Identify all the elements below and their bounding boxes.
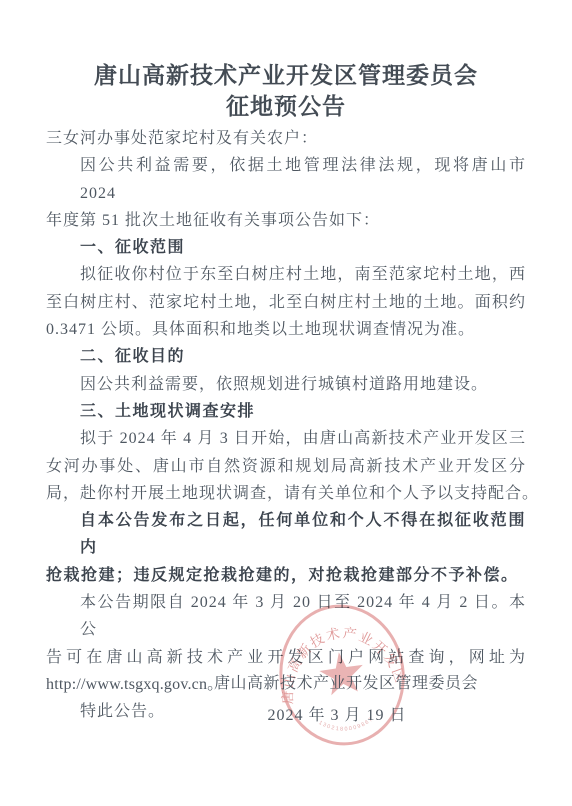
- body-line: 因公共利益需要，依据土地管理法律法规，现将唐山市 2024: [46, 152, 526, 207]
- salutation-line: 三女河办事处范家坨村及有关农户：: [46, 125, 526, 152]
- document-content: 唐山高新技术产业开发区管理委员会 征地预公告 三女河办事处范家坨村及有关农户： …: [46, 60, 526, 726]
- section-heading-2: 二、征收目的: [46, 343, 526, 370]
- body-line: 拟于 2024 年 4 月 3 日开始，由唐山高新技术产业开发区三: [46, 425, 526, 452]
- document-title-line1: 唐山高新技术产业开发区管理委员会: [46, 60, 526, 91]
- body-line: 告可在唐山高新技术产业开发区门户网站查询，网址为: [46, 644, 526, 671]
- section-heading-3: 三、土地现状调查安排: [46, 398, 526, 425]
- warning-line: 自本公告发布之日起，任何单位和个人不得在拟征收范围内: [46, 507, 526, 562]
- body-line: 局，赴你村开展土地现状调查，请有关单位和个人予以支持配合。: [46, 480, 526, 507]
- body-line: 至白树庄村、范家坨村土地，北至白树庄村土地的土地。面积约: [46, 289, 526, 316]
- body-line: 拟征收你村位于东至白树庄村土地，南至范家坨村土地，西: [46, 261, 526, 288]
- section-heading-1: 一、征收范围: [46, 234, 526, 261]
- body-line: 年度第 51 批次土地征收有关事项公告如下：: [46, 207, 526, 234]
- signature-block: 唐山高新技术产业开发区管理委员会 2024 年 3 月 19 日: [212, 670, 480, 729]
- scanned-document-page: 唐山高新技术产业开发区管理委员会 征地预公告 三女河办事处范家坨村及有关农户： …: [0, 0, 572, 806]
- issuer-signature: 唐山高新技术产业开发区管理委员会: [212, 670, 480, 697]
- document-body: 三女河办事处范家坨村及有关农户： 因公共利益需要，依据土地管理法律法规，现将唐山…: [46, 125, 526, 726]
- body-line: 因公共利益需要，依照规划进行城镇村道路用地建设。: [46, 371, 526, 398]
- warning-line: 抢栽抢建；违反规定抢栽抢建的，对抢栽抢建部分不予补偿。: [46, 562, 526, 589]
- body-line: 本公告期限自 2024 年 3 月 20 日至 2024 年 4 月 2 日。本…: [46, 589, 526, 644]
- body-line: 0.3471 公顷。具体面积和地类以土地现状调查情况为准。: [46, 316, 526, 343]
- signature-date: 2024 年 3 月 19 日: [212, 702, 480, 729]
- document-title-line2: 征地预公告: [46, 91, 526, 122]
- body-line: 女河办事处、唐山市自然资源和规划局高新技术产业开发区分: [46, 453, 526, 480]
